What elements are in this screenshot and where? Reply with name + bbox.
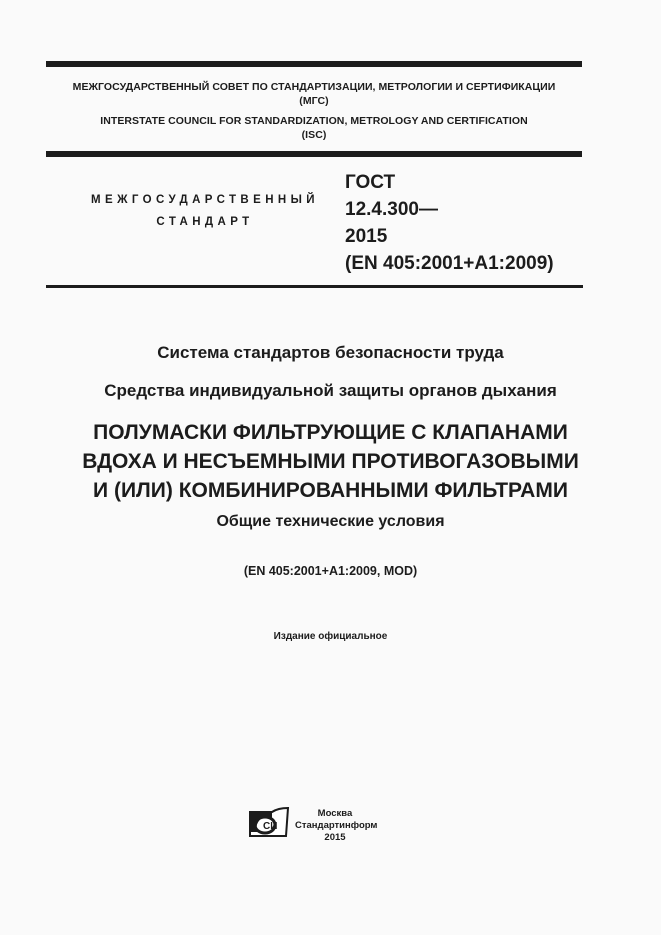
edition-label: Издание официальное xyxy=(0,631,661,642)
publisher-name: Стандартинформ xyxy=(295,820,375,832)
main-title-line: И (ИЛИ) КОМБИНИРОВАННЫМИ ФИЛЬТРАМИ xyxy=(0,476,661,505)
gost-line: (EN 405:2001+A1:2009) xyxy=(345,250,554,277)
gost-line: 12.4.300— xyxy=(345,196,554,223)
system-title: Система стандартов безопасности труда xyxy=(0,343,661,363)
council-block: МЕЖГОСУДАРСТВЕННЫЙ СОВЕТ ПО СТАНДАРТИЗАЦ… xyxy=(46,80,582,142)
gost-designation: ГОСТ 12.4.300— 2015 (EN 405:2001+A1:2009… xyxy=(345,169,554,277)
gost-line: ГОСТ xyxy=(345,169,554,196)
header-rule xyxy=(46,151,582,157)
publisher-block: Москва Стандартинформ 2015 xyxy=(295,808,375,844)
standard-type: МЕЖГОСУДАРСТВЕННЫЙ СТАНДАРТ xyxy=(60,189,350,233)
standartinform-logo-icon: СИ xyxy=(248,806,290,838)
standard-type-line1: МЕЖГОСУДАРСТВЕННЫЙ xyxy=(60,189,350,211)
group-title: Средства индивидуальной защиты органов д… xyxy=(0,381,661,401)
equivalence: (EN 405:2001+A1:2009, MOD) xyxy=(0,564,661,578)
main-title-line: ПОЛУМАСКИ ФИЛЬТРУЮЩИЕ С КЛАПАНАМИ xyxy=(0,418,661,447)
publisher-city: Москва xyxy=(295,808,375,820)
designation-rule xyxy=(46,285,583,288)
main-title-line: ВДОХА И НЕСЪЕМНЫМИ ПРОТИВОГАЗОВЫМИ xyxy=(0,447,661,476)
svg-text:СИ: СИ xyxy=(263,821,277,832)
standard-type-line2: СТАНДАРТ xyxy=(60,211,350,233)
gost-line: 2015 xyxy=(345,223,554,250)
council-ru-abbr: (МГС) xyxy=(46,94,582,108)
subtitle: Общие технические условия xyxy=(0,513,661,531)
main-title: ПОЛУМАСКИ ФИЛЬТРУЮЩИЕ С КЛАПАНАМИ ВДОХА … xyxy=(0,418,661,505)
publisher-year: 2015 xyxy=(295,832,375,844)
council-en-abbr: (ISC) xyxy=(46,128,582,142)
top-rule xyxy=(46,61,582,67)
council-ru: МЕЖГОСУДАРСТВЕННЫЙ СОВЕТ ПО СТАНДАРТИЗАЦ… xyxy=(46,80,582,94)
council-en: INTERSTATE COUNCIL FOR STANDARDIZATION, … xyxy=(46,114,582,128)
